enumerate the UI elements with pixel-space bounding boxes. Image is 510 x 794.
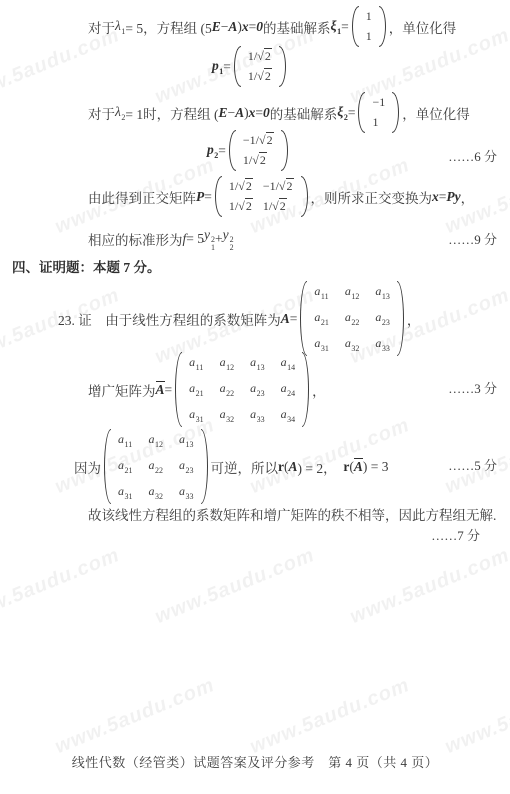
matrix-entry: a31 — [314, 336, 329, 353]
text-run: 的基础解系 — [270, 103, 338, 123]
math-bold-var: 0 — [263, 105, 270, 121]
matrix-entry: a32 — [220, 407, 235, 424]
matrix-entry: a13 — [179, 432, 194, 449]
math-var: a — [118, 458, 124, 472]
text-run: 23. 证 由于线性方程组的系数矩阵为 — [58, 309, 281, 329]
matrix-entry: a23 — [250, 381, 265, 398]
math-bold-var: P — [446, 189, 454, 205]
math-var: a — [281, 407, 287, 421]
math-var: a — [179, 484, 185, 498]
math-bold-var: E — [212, 19, 221, 35]
subscript: 21 — [196, 389, 204, 398]
math-bold-var: A — [228, 19, 237, 35]
math-bold-var: 0 — [256, 19, 263, 35]
column-vector: −1/√21/√2 — [229, 130, 288, 171]
text-run: + — [215, 231, 223, 247]
matrix-entry: 1/√2 — [263, 199, 294, 214]
math-var: a — [149, 484, 155, 498]
matrix-entry: a11 — [118, 432, 133, 449]
math-bold-var: E — [218, 105, 227, 121]
column-vector: 1/√21/√2 — [234, 46, 286, 87]
radicand: 2 — [245, 178, 253, 193]
subscript: 11 — [196, 363, 204, 372]
math-var: a — [345, 336, 351, 350]
text-run: 由此得到正交矩阵 — [88, 187, 196, 207]
radicand: 2 — [245, 198, 253, 213]
para-lambda2: 对于 λ2 = 1时，方程组 (E − A)x = 0 的基础解系 ξ2 = −… — [88, 92, 470, 133]
text-run: ) = 3 — [363, 459, 389, 475]
right-parenthesis — [279, 46, 286, 87]
subscript: 33 — [382, 344, 390, 353]
math-bold-var: x — [242, 19, 249, 35]
matrix-grid: 11 — [362, 6, 376, 47]
matrix-entry: a11 — [189, 355, 204, 372]
para-conclusion: 故该线性方程组的系数矩阵和增广矩阵的秩不相等，因此方程组无解. — [88, 504, 496, 524]
left-parenthesis — [234, 46, 241, 87]
subscript: 33 — [186, 492, 194, 501]
text-run: = — [249, 19, 257, 35]
right-parenthesis — [397, 281, 404, 356]
right-parenthesis — [302, 352, 309, 427]
matrix-grid: −11 — [368, 92, 389, 133]
text-run: = — [439, 189, 447, 205]
radical-sign: √ — [272, 199, 279, 213]
left-parenthesis — [175, 352, 182, 427]
matrix-entry: a21 — [118, 458, 133, 475]
math-bold-var: p2 — [207, 142, 218, 160]
subscript: 24 — [287, 389, 295, 398]
subscript: 21 — [321, 318, 329, 327]
section-heading: 四、证明题：本题 7 分。 — [12, 256, 161, 276]
math-bold-var: A — [156, 381, 165, 397]
text-run: = 5 — [186, 231, 204, 247]
matrix-entry: 1/√2 — [229, 199, 253, 214]
math-var: a — [314, 310, 320, 324]
math-var: λ2 — [115, 104, 125, 122]
subscript: 12 — [155, 440, 163, 449]
math-var-supsub: y21 — [204, 227, 215, 251]
subscript: 12 — [226, 363, 234, 372]
text-run: ，则所求正交变换为 — [311, 187, 433, 207]
para-standard-form: 相应的标准形为 f = 5y21 + y22 — [88, 227, 234, 251]
math-var: a — [149, 432, 155, 446]
math-var: a — [314, 336, 320, 350]
formula-p2: p2 = −1/√21/√2 — [207, 130, 291, 171]
math-var: a — [281, 381, 287, 395]
subscript: 23 — [257, 389, 265, 398]
subscript: 12 — [351, 292, 359, 301]
matrix-entry: 1/√2 — [248, 49, 272, 64]
right-parenthesis — [379, 6, 386, 47]
subscript: 32 — [351, 344, 359, 353]
radicand: 2 — [264, 68, 272, 83]
matrix: a11a12a13a14a21a22a23a24a31a32a33a34 — [175, 352, 309, 427]
matrix-entry: a22 — [220, 381, 235, 398]
subscript: 32 — [155, 492, 163, 501]
math-bold-var: A — [354, 458, 363, 474]
radicand: 2 — [279, 198, 287, 213]
formula-p1: p1 = 1/√21/√2 — [212, 46, 289, 87]
text-run: ，单位化得 — [402, 103, 470, 123]
subscript: 23 — [186, 466, 194, 475]
math-var: a — [375, 284, 381, 298]
scanned-exam-page: www.5audu.comwww.5audu.comwww.5audu.comw… — [0, 0, 510, 794]
subscript: 22 — [155, 466, 163, 475]
subscript: 22 — [351, 318, 359, 327]
math-var: a — [250, 355, 256, 369]
matrix-entry: a12 — [149, 432, 164, 449]
subscript: 31 — [125, 492, 133, 501]
matrix-entry: a11 — [314, 284, 329, 301]
math-bold-var: A — [281, 311, 290, 327]
matrix-entry: a22 — [149, 458, 164, 475]
matrix-entry: a23 — [375, 310, 390, 327]
matrix-entry: −1/√2 — [243, 133, 274, 148]
text-run: 可逆，所以 — [211, 457, 279, 477]
math-var: a — [250, 407, 256, 421]
subscript: 11 — [125, 440, 133, 449]
matrix-entry: a33 — [250, 407, 265, 424]
text-run: ， — [461, 187, 475, 207]
text-run: = — [255, 105, 263, 121]
matrix: 1/√2−1/√21/√21/√2 — [215, 176, 308, 217]
math-var: a — [250, 381, 256, 395]
page-footer: 线性代数（经管类）试题答案及评分参考 第 4 页（共 4 页） — [0, 752, 510, 771]
radical-sign: √ — [279, 179, 286, 193]
right-parenthesis — [281, 130, 288, 171]
text-run: 增广矩阵为 — [88, 380, 156, 400]
matrix-entry: 1/√2 — [248, 69, 272, 84]
matrix-entry: a23 — [179, 458, 194, 475]
math-var: a — [220, 355, 226, 369]
text-run: = 5，方程组 (5 — [125, 17, 211, 37]
math-var: a — [189, 381, 195, 395]
matrix-entry: 1/√2 — [229, 179, 253, 194]
math-var: a — [149, 458, 155, 472]
math-bold-var: ξ1 — [331, 18, 342, 36]
subscript: 33 — [257, 415, 265, 424]
math-var: λ1 — [115, 18, 125, 36]
text-run: = — [223, 59, 231, 75]
subscript: 23 — [382, 318, 390, 327]
subscript: 32 — [226, 415, 234, 424]
score-7: ……7 分 — [431, 525, 480, 544]
math-var: a — [281, 355, 287, 369]
math-var: a — [179, 432, 185, 446]
text-run: 相应的标准形为 — [88, 229, 183, 249]
matrix-entry: a13 — [375, 284, 390, 301]
matrix-grid: a11a12a13a21a22a23a31a32a33 — [114, 429, 198, 504]
right-parenthesis — [201, 429, 208, 504]
matrix-entry: 1 — [366, 9, 372, 24]
math-var: a — [375, 336, 381, 350]
text-run: = — [218, 143, 226, 159]
subscript: 22 — [226, 389, 234, 398]
watermark-text: www.5audu.com — [0, 544, 123, 629]
text-run: 因为 — [74, 457, 101, 477]
math-var: a — [179, 458, 185, 472]
radical-sign: √ — [252, 153, 259, 167]
radical-sign: √ — [257, 49, 264, 63]
matrix-entry: a13 — [250, 355, 265, 372]
math-var: a — [220, 381, 226, 395]
matrix-grid: a11a12a13a14a21a22a23a24a31a32a33a34 — [185, 352, 299, 427]
math-var-supsub: y22 — [223, 227, 234, 251]
matrix-entry: a31 — [189, 407, 204, 424]
subscript: 31 — [196, 415, 204, 424]
left-parenthesis — [352, 6, 359, 47]
left-parenthesis — [215, 176, 222, 217]
text-run: = — [165, 382, 173, 398]
matrix-entry: −1/√2 — [263, 179, 294, 194]
radical-sign: √ — [259, 133, 266, 147]
matrix-entry: a33 — [179, 484, 194, 501]
column-vector: 11 — [352, 6, 386, 47]
radicand: 2 — [259, 152, 267, 167]
matrix-entry: a12 — [220, 355, 235, 372]
text-run: 对于 — [88, 103, 115, 123]
matrix-entry: a22 — [345, 310, 360, 327]
left-parenthesis — [104, 429, 111, 504]
matrix-entry: a12 — [345, 284, 360, 301]
left-parenthesis — [300, 281, 307, 356]
watermark-text: www.5audu.com — [347, 544, 510, 629]
matrix-entry: a24 — [281, 381, 296, 398]
math-var: a — [118, 484, 124, 498]
subscript: 13 — [382, 292, 390, 301]
watermark-text: www.5audu.com — [152, 544, 318, 629]
radicand: 2 — [264, 48, 272, 63]
matrix-entry: a14 — [281, 355, 296, 372]
score-5: ……5 分 — [448, 455, 497, 474]
text-run: = 1时，方程组 ( — [125, 103, 218, 123]
matrix-entry: a31 — [118, 484, 133, 501]
radicand: 2 — [286, 178, 294, 193]
radical-sign: √ — [257, 69, 264, 83]
text-run: 的基础解系 — [263, 17, 331, 37]
right-parenthesis — [301, 176, 308, 217]
math-var: a — [345, 284, 351, 298]
score-3: ……3 分 — [448, 378, 497, 397]
text-run: ) = 2， — [298, 457, 344, 477]
watermark-text: www.5audu.com — [247, 674, 413, 759]
matrix-entry: 1 — [372, 115, 385, 130]
text-run: ， — [407, 309, 421, 329]
matrix-grid: a11a12a13a21a22a23a31a32a33 — [310, 281, 394, 356]
math-var: a — [220, 407, 226, 421]
text-run: = — [290, 311, 298, 327]
math-bold-var: p1 — [212, 58, 223, 76]
radical-sign: √ — [238, 179, 245, 193]
math-bold-var: x — [249, 105, 256, 121]
matrix-entry: a32 — [149, 484, 164, 501]
math-var: a — [345, 310, 351, 324]
text-run: 对于 — [88, 17, 115, 37]
right-parenthesis — [392, 92, 399, 133]
matrix-grid: 1/√21/√2 — [244, 46, 276, 87]
score-9: ……9 分 — [448, 229, 497, 248]
column-vector: −11 — [358, 92, 399, 133]
matrix-entry: a34 — [281, 407, 296, 424]
subscript: 13 — [186, 440, 194, 449]
text-run: − — [227, 105, 235, 121]
watermark-text: www.5audu.com — [52, 674, 218, 759]
text-run: ， — [312, 380, 326, 400]
text-run: = — [341, 19, 349, 35]
math-var: a — [118, 432, 124, 446]
text-run: = — [348, 105, 356, 121]
matrix: a11a12a13a21a22a23a31a32a33 — [104, 429, 208, 504]
text-run: ，单位化得 — [389, 17, 457, 37]
text-run: = — [204, 189, 212, 205]
math-bold-var: A — [235, 105, 244, 121]
subscript: 11 — [321, 292, 329, 301]
subscript: 34 — [287, 415, 295, 424]
para-lambda1: 对于 λ1 = 5，方程组 (5E − A)x = 0 的基础解系 ξ1 = 1… — [88, 6, 456, 47]
math-bold-var: P — [196, 189, 204, 205]
matrix-grid: 1/√2−1/√21/√21/√2 — [225, 176, 298, 217]
math-bold-var: A — [289, 459, 298, 475]
subscript: 13 — [257, 363, 265, 372]
matrix-entry: a21 — [189, 381, 204, 398]
matrix-entry: −1 — [372, 95, 385, 110]
subscript: 21 — [125, 466, 133, 475]
math-bold-var: x — [432, 189, 439, 205]
matrix-entry: a32 — [345, 336, 360, 353]
subscript: 2 — [230, 244, 234, 252]
score-6: ……6 分 — [448, 146, 497, 165]
matrix: a11a12a13a21a22a23a31a32a33 — [300, 281, 404, 356]
left-parenthesis — [358, 92, 365, 133]
math-var: a — [189, 355, 195, 369]
subscript: 14 — [287, 363, 295, 372]
radical-sign: √ — [238, 199, 245, 213]
matrix-entry: 1/√2 — [243, 153, 274, 168]
sup-sub-stack: 22 — [230, 236, 234, 251]
math-var: a — [314, 284, 320, 298]
matrix-grid: −1/√21/√2 — [239, 130, 278, 171]
para-augmented-matrix: 增广矩阵为 A = a11a12a13a14a21a22a23a24a31a32… — [88, 352, 326, 427]
math-bold-var: ξ2 — [337, 104, 348, 122]
matrix-entry: a33 — [375, 336, 390, 353]
watermark-text: www.5audu.com — [442, 674, 510, 759]
radicand: 2 — [266, 132, 274, 147]
para-proof-coefficient-matrix: 23. 证 由于线性方程组的系数矩阵为 A = a11a12a13a21a22a… — [58, 281, 420, 356]
para-rank-argument: 因为 a11a12a13a21a22a23a31a32a33 可逆，所以 r(A… — [74, 429, 389, 504]
para-orthogonal-matrix: 由此得到正交矩阵 P = 1/√2−1/√21/√21/√2，则所求正交变换为 … — [88, 176, 474, 217]
matrix-entry: a21 — [314, 310, 329, 327]
math-var: a — [375, 310, 381, 324]
matrix-entry: 1 — [366, 29, 372, 44]
math-var: a — [189, 407, 195, 421]
left-parenthesis — [229, 130, 236, 171]
